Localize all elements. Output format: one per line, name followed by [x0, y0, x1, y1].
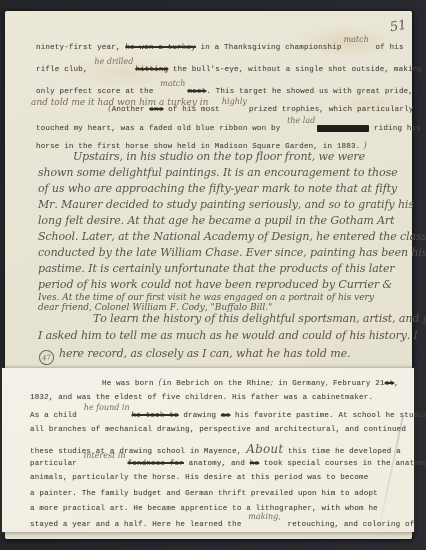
blacked-out-text: [317, 125, 369, 132]
typed-text: these studies at a drawing school in May…: [30, 448, 246, 456]
typed-text: of his: [371, 44, 404, 52]
typed-line: (Another one of his mosthighlyprized tro…: [108, 104, 413, 114]
typed-text: February 21: [328, 380, 384, 388]
struck-out-text: he took to: [132, 412, 179, 420]
typed-line: animals, particularly the horse. His des…: [30, 474, 368, 482]
pasted-typed-strip: He was born (in Bebrich on the Rhine; in…: [2, 368, 414, 532]
typed-text: this time he developed a: [283, 448, 401, 456]
typed-text: retouching, and coloring of: [283, 521, 415, 529]
struck-out-text: hitting: [135, 66, 168, 74]
typed-text: . This target he showed us with great pr…: [206, 88, 413, 96]
typed-line: He was born (in Bebrich on the Rhine; in…: [102, 378, 399, 388]
typed-text: a more practical art. He became apprenti…: [30, 505, 378, 513]
handwritten-insert: he drilled: [94, 57, 133, 66]
handwritten-line: period of his work could not have been r…: [38, 278, 392, 291]
typed-text: stayed a year and a half. Here he learne…: [30, 521, 246, 529]
typed-text: particular: [30, 460, 82, 468]
handwritten-line: pastime. It is certainly unfortunate tha…: [38, 262, 395, 275]
typed-text: in Bebrich on the Rhine: [162, 380, 270, 388]
typed-text: riding his own: [369, 125, 426, 133]
typed-text: ,: [394, 380, 399, 388]
typed-line: particular interest infondness for anato…: [30, 458, 426, 468]
handwritten-insert: About: [246, 442, 283, 456]
typed-line: 1832, and was the eldest of five childre…: [30, 394, 373, 402]
handwritten-line: I asked him to tell me as much as he wou…: [38, 329, 418, 342]
struck-out-text: as: [221, 412, 230, 420]
scanned-manuscript-background: 51 ninety-first year, he won a turkey in…: [0, 0, 426, 550]
handwritten-line: Mr. Maurer decided to study painting ser…: [38, 198, 414, 211]
typed-text: all branches of mechanical drawing, pers…: [30, 426, 406, 434]
typed-line: a more practical art. He became apprenti…: [30, 505, 378, 513]
struck-out-text: meet: [187, 88, 206, 96]
handwritten-line: School. Later, at the National Academy o…: [38, 230, 426, 243]
typed-text: He was born: [102, 380, 158, 388]
typed-text: prized trophies, which particularly: [249, 106, 414, 114]
handwritten-insert: making,: [248, 512, 281, 521]
struck-out-text: one: [149, 106, 163, 114]
typed-line: stayed a year and a half. Here he learne…: [30, 519, 414, 529]
typed-text: of his most: [163, 106, 219, 114]
typed-text: the bull's-eye, without a single shot ou…: [168, 66, 426, 74]
handwritten-insert: highly: [222, 97, 247, 106]
typed-text: his favorite pastime. At school he studi…: [230, 412, 426, 420]
typed-line: As a child he found inhe took to drawing…: [30, 410, 426, 420]
typed-text: touched my heart, was a faded old blue r…: [36, 125, 285, 133]
typed-line: rifle club, he drilledhitting the bull's…: [36, 64, 426, 74]
struck-out-text: st: [385, 380, 394, 388]
handwritten-line: Ives. At the time of our first visit he …: [38, 293, 374, 303]
struck-out-text: fondness for: [128, 460, 184, 468]
typed-line: all branches of mechanical drawing, pers…: [30, 426, 406, 434]
typed-line: ninety-first year, he won a turkey in a …: [36, 42, 404, 52]
typed-text: As a child: [30, 412, 82, 420]
typed-text: drawing: [179, 412, 221, 420]
handwritten-line: To learn the history of this delightful …: [93, 312, 426, 325]
typed-text: in Germany: [274, 380, 326, 388]
handwritten-line: Upstairs, in his studio on the top floor…: [73, 150, 365, 163]
struck-out-text: he: [250, 460, 259, 468]
handwritten-line: conducted by the late William Chase. Eve…: [38, 246, 426, 259]
typed-line: touched my heart, was a faded old blue r…: [36, 123, 426, 133]
handwritten-insert: the lad: [287, 116, 315, 125]
struck-out-text: he won a turkey: [125, 44, 196, 52]
typed-text: in a Thanksgiving championship: [196, 44, 342, 52]
handwritten-insert: match: [344, 35, 369, 44]
typed-text: rifle club,: [36, 66, 92, 74]
typed-text: ninety-first year,: [36, 44, 125, 52]
handwritten-insert: he found in: [84, 403, 130, 412]
handwritten-line: here record, as closely as I can, what h…: [59, 347, 350, 360]
typed-text: animals, particularly the horse. His des…: [30, 474, 368, 482]
handwritten-line: long felt desire. At that age he became …: [38, 214, 394, 227]
typed-line: only perfect score at the matchmeet. Thi…: [36, 86, 413, 96]
typed-text: a painter. The family budget and German …: [30, 490, 378, 498]
handwritten-insert: interest in: [84, 451, 126, 460]
typed-text: only perfect score at the: [36, 88, 158, 96]
page-number: 51: [389, 18, 408, 36]
typed-text: anatomy, and: [184, 460, 250, 468]
typed-text: 1832, and was the eldest of five childre…: [30, 394, 373, 402]
handwritten-line: shown some delightful paintings. It is a…: [38, 166, 398, 179]
typed-text: took special courses in the anatomy of: [259, 460, 426, 468]
margin-circled-note: 47: [38, 349, 54, 365]
typed-line: a painter. The family budget and German …: [30, 490, 378, 498]
handwritten-insert: match: [160, 79, 185, 88]
typed-text: Another: [112, 106, 150, 114]
handwritten-line: of us who are approaching the fifty-year…: [38, 182, 397, 195]
